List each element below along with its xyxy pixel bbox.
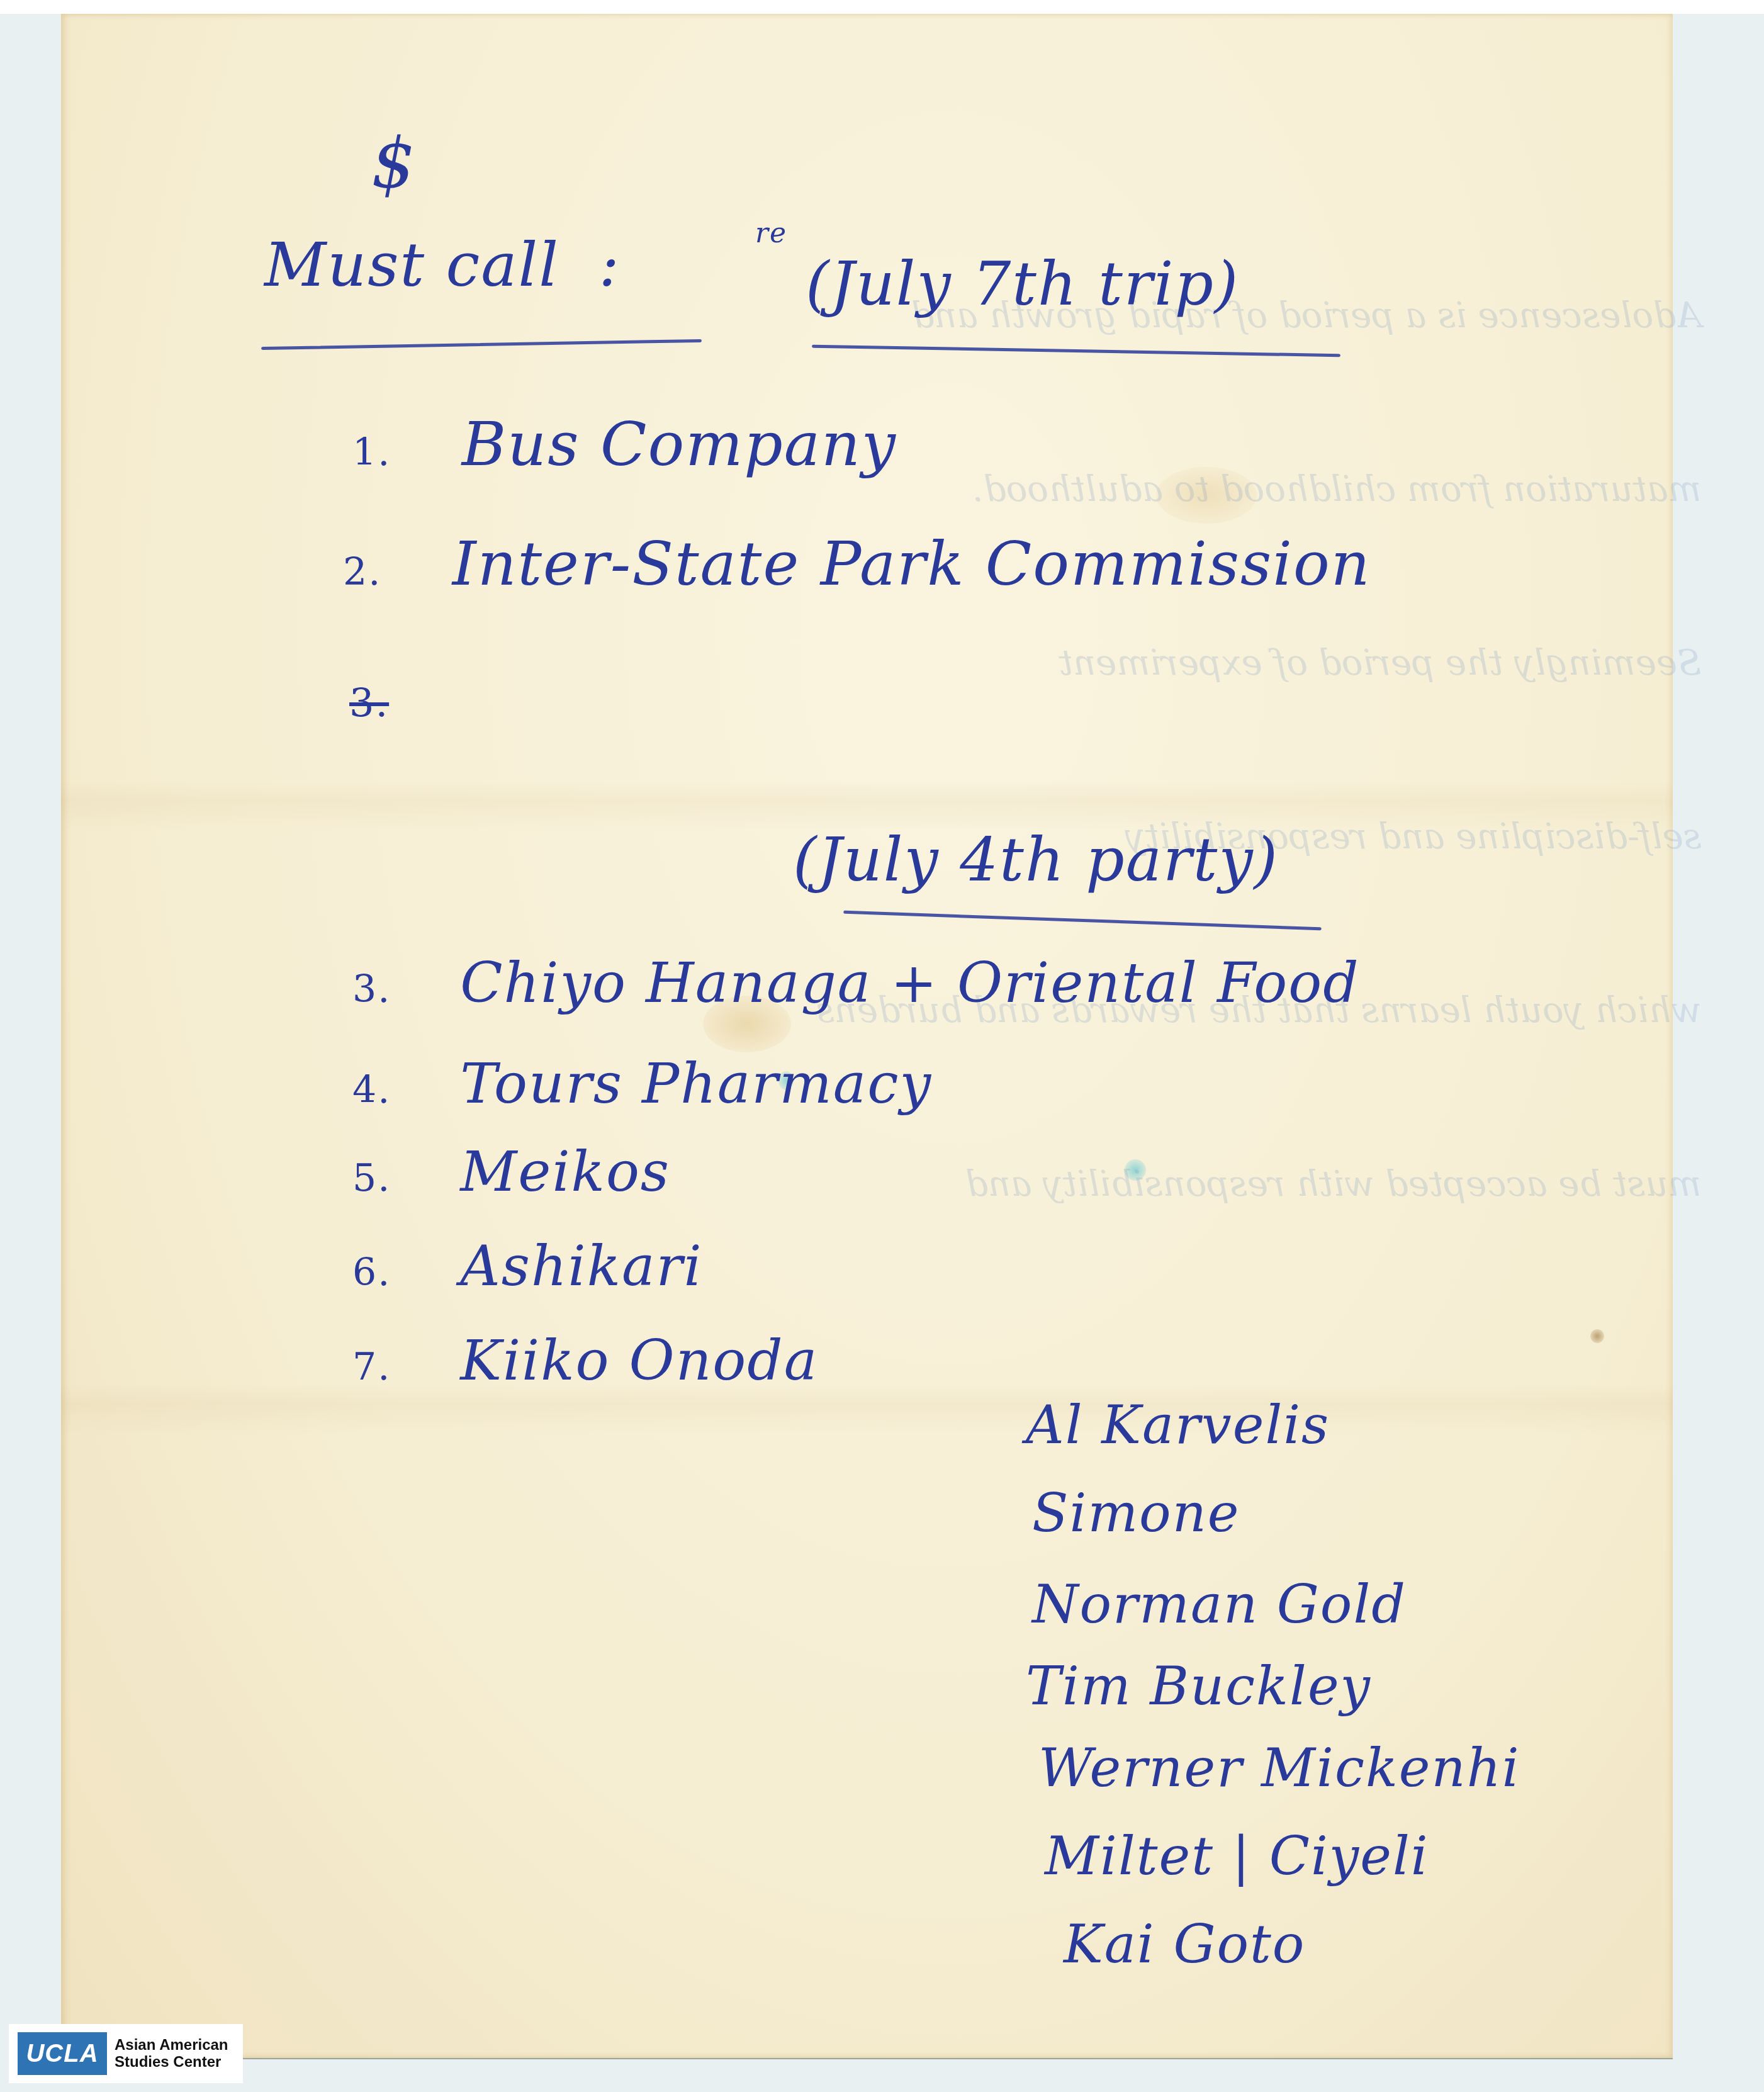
- item-text: Inter-State Park Commission: [452, 529, 1371, 599]
- item-text: Kiiko Onoda: [460, 1328, 818, 1393]
- party-item: 3. Chiyo Hanaga + Oriental Food: [352, 950, 1359, 1015]
- ucla-aasc-logo: UCLA Asian American Studies Center: [9, 2024, 243, 2083]
- party-item: 5. Meikos: [352, 1139, 670, 1204]
- item-text: Chiyo Hanaga + Oriental Food: [460, 950, 1359, 1015]
- name-entry: Norman Gold: [1032, 1573, 1407, 1635]
- scan-top-border: [0, 0, 1764, 14]
- name-entry: Simone: [1032, 1482, 1240, 1544]
- dollar-symbol: $: [371, 123, 417, 203]
- name-entry: Kai Goto: [1064, 1913, 1305, 1975]
- bleed-through-text: Adolescence is a period of rapid growth …: [816, 171, 1701, 1329]
- paper-stain: [1590, 1329, 1604, 1343]
- party-item: 4. Tours Pharmacy: [352, 1051, 932, 1116]
- item-number: 6.: [352, 1251, 391, 1295]
- heading-superscript: re: [755, 217, 787, 249]
- trip-label: (July 7th trip): [806, 249, 1239, 319]
- logo-line-1: Asian American: [115, 2037, 228, 2054]
- item-number: 2.: [343, 550, 381, 594]
- name-entry: Tim Buckley: [1026, 1655, 1371, 1717]
- item-number: 1.: [352, 430, 391, 475]
- trip-item: 2. Inter-State Park Commission: [343, 529, 1371, 599]
- item-number: 4.: [352, 1068, 391, 1112]
- name-entry: Al Karvelis: [1026, 1394, 1330, 1456]
- item-text: Meikos: [460, 1139, 670, 1204]
- item-number: 7.: [352, 1345, 391, 1389]
- item-text: Tours Pharmacy: [460, 1051, 932, 1116]
- item-number: 3.: [352, 967, 391, 1011]
- logo-wordmark: Asian American Studies Center: [115, 2037, 228, 2071]
- name-entry: Werner Mickenhi: [1038, 1737, 1520, 1799]
- ucla-logo-mark: UCLA: [18, 2032, 107, 2075]
- item-text: Ashikari: [460, 1234, 703, 1298]
- ink-blot: [1125, 1159, 1146, 1181]
- party-label: (July 4th party): [793, 824, 1279, 895]
- party-item: 7. Kiiko Onoda: [352, 1328, 818, 1393]
- item-text: Bus Company: [462, 409, 897, 480]
- party-item: 6. Ashikari: [352, 1234, 703, 1298]
- name-entry: Miltet | Ciyeli: [1045, 1825, 1429, 1887]
- heading-must-call: Must call :: [264, 230, 621, 300]
- trip-item: 1. Bus Company: [352, 409, 897, 480]
- logo-line-2: Studies Center: [115, 2054, 228, 2071]
- struck-item-number: 3.: [349, 680, 389, 726]
- heading-text: Must call: [264, 230, 559, 300]
- item-number: 5.: [352, 1156, 391, 1200]
- heading-colon: :: [598, 230, 620, 300]
- paper-stain: [1156, 467, 1257, 524]
